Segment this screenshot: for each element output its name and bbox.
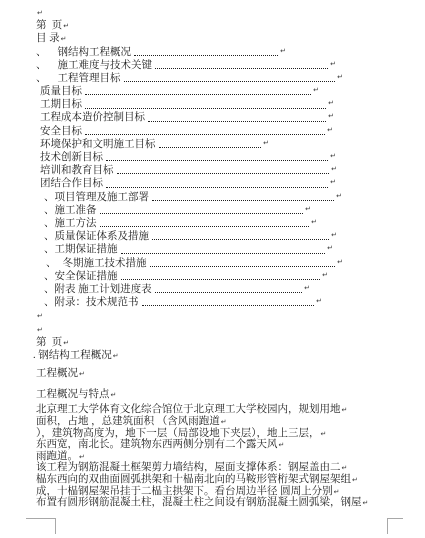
toc-entry[interactable]: 质量目标↵ [36,85,319,98]
toc-entry-label: 附表 施工计划进度表 [55,283,152,296]
toc-dot-leader [85,108,326,109]
toc-dot-leader [148,121,326,122]
body-line: ），建筑物高度为，地下一层（局部设地下夹层），地上三层，↵ [36,428,405,440]
toc-dot-leader [100,213,304,214]
toc-dot-leader [152,200,334,201]
paragraph-mark-icon: ↵ [263,137,269,150]
toc-dot-leader [152,239,329,240]
toc-entry-label: 质量目标 [40,85,82,98]
toc-entry[interactable]: 、质量保证体系及措施↵ [36,230,337,243]
toc-entry-label: 工期保证措施 [55,243,118,256]
chapter-title: . 钢结构工程概况 [33,350,112,361]
paragraph-mark-icon: ↵ [322,269,328,282]
body-line: 东西宽，南北长。建筑物东西两侧分别有二个露天风↵ [36,439,405,451]
body-paragraph: 北京理工大学体育文化综合馆位于北京理工大学校园内，规划用地↵ 面积，占地 ，总建… [36,404,405,508]
paragraph-mark-icon: ↵ [363,499,369,507]
paragraph-mark-icon: ↵ [79,453,85,461]
paragraph-mark-icon: ↵ [113,352,119,360]
section-subheading-line: 工程概况与特点↵ [36,388,405,401]
toc-entry-label: 质量保证体系及措施 [55,230,150,243]
toc-entry[interactable]: 、工期保证措施↵ [36,243,333,256]
body-line: 面积，占地 ，总建筑面积 （含风雨跑道↵ [36,416,405,428]
toc-entry-label: 项目管理及施工部署 [55,191,150,204]
section-subheading: 工程概况与特点 [36,389,110,400]
toc-entry-label: 工期目标 [40,98,82,111]
body-line-text: 北京理工大学体育文化综合馆位于北京理工大学校园内，规划用地 [36,404,341,415]
paragraph-mark-icon: ↵ [337,256,343,269]
toc-entry[interactable]: 技术创新目标↵ [36,151,336,164]
body-line-text: 该工程为钢筋混凝土框架剪力墙结构，屋面支撑体系：钢屋盖由二 [36,462,341,473]
paragraph-mark-icon: ↵ [221,418,227,426]
body-line-text: 榀东西向的双曲面圆弧拱架和十榀南北向的马鞍形管桁架式钢屋架组 [36,474,351,485]
body-line: 雨跑道。↵ [36,451,405,463]
page-header-text: 第 页 [36,20,62,31]
toc-dot-leader [155,68,328,69]
toc-entry-label: 安全目标 [40,125,82,138]
body-line: 榀东西向的双曲面圆弧拱架和十榀南北向的马鞍形管桁架式钢屋架组↵ [36,474,405,486]
toc-entry[interactable]: 培训和教育目标↵ [36,164,337,177]
paragraph-mark-icon: ↵ [352,476,358,484]
paragraph-mark-icon: ↵ [63,22,69,30]
toc-entry[interactable]: 环境保护和文明施工目标↵ [36,138,269,151]
page-header-line: 第 页↵ [36,19,405,32]
toc-entry-label: 施工准备 [55,204,97,217]
toc-bullet: 、 [44,230,55,243]
toc-entry[interactable]: 安全目标↵ [36,125,333,138]
paragraph-mark-icon: ↵ [337,71,343,84]
paragraph-mark-icon: ↵ [313,84,319,97]
toc-entry-label: 团结合作目标 [40,177,103,190]
paragraph-mark-icon: ↵ [336,190,342,203]
toc-dot-leader [117,173,330,174]
toc-dot-leader [150,266,336,267]
toc-dot-leader [85,134,325,135]
toc-bullet: 、 [44,191,55,204]
body-line-text: ），建筑物高度为，地下一层（局部设地下夹层），地上三层， [36,428,320,439]
toc-dot-leader [121,253,326,254]
paragraph-mark-icon: ↵ [63,339,69,347]
margin-crop-mark-left [26,518,56,534]
chapter-title-line: . 钢结构工程概况↵ [33,349,405,362]
toc-entry[interactable]: 工程成本造价控制目标↵ [36,112,334,125]
toc-entry[interactable]: 、施工准备↵ [36,204,311,217]
toc-bullet: 、 [44,296,55,309]
body-line: 布置有圆形钢筋混凝土柱，混凝土柱之间设有钢筋混凝土圆弧梁，钢屋↵ [36,497,405,509]
toc-entry-label: 环境保护和文明施工目标 [40,138,156,151]
toc-entry-label: 附录：技术规范书 [55,296,139,309]
toc-dot-leader [106,187,328,188]
body-line-text: 面积，占地 ，总建筑面积 （含风雨跑道 [36,416,220,427]
toc-entry[interactable]: 、施工难度与技术关键↵ [36,59,336,72]
paragraph-mark-icon: ↵ [37,324,43,337]
toc-bullet: 、 [44,204,55,217]
paragraph-mark-icon: ↵ [321,430,327,438]
empty-paragraph: ↵ [36,6,405,19]
body-line-text: 布置有圆形钢筋混凝土柱，混凝土柱之间设有钢筋混凝土圆弧梁，钢屋 [36,497,362,508]
paragraph-mark-icon: ↵ [327,124,333,137]
toc-dot-leader [134,55,278,56]
toc-dot-leader [106,160,328,161]
body-line: 北京理工大学体育文化综合馆位于北京理工大学校园内，规划用地↵ [36,404,405,416]
paragraph-mark-icon: ↵ [328,110,334,123]
toc-entry-label: 钢结构工程概况 [58,46,132,59]
paragraph-mark-icon: ↵ [342,406,348,414]
body-line-text: 东西宽，南北长。建筑物东西两侧分别有二个露天风 [36,439,278,450]
toc-dot-leader [124,81,336,82]
paragraph-mark-icon: ↵ [331,229,337,242]
toc-entry-label: 工程管理目标 [58,72,121,85]
toc-entry[interactable]: 、工程管理目标↵ [36,72,343,85]
body-line-text: 雨跑道。 [36,451,78,462]
toc-entry[interactable]: 、施工方法↵ [36,217,317,230]
toc-entry-label: 工程成本造价控制目标 [40,111,145,124]
empty-paragraph: ↵ [36,309,405,322]
toc-title-line: 目 录↵ [36,32,405,45]
toc-dot-leader [85,94,311,95]
margin-crop-mark-right [387,518,403,534]
empty-paragraph: ↵ [36,323,405,336]
paragraph-mark-icon: ↵ [61,35,67,43]
toc-entry[interactable]: 、项目管理及施工部署↵ [36,191,342,204]
toc-bullet: 、 [46,257,57,270]
toc-dot-leader [142,305,315,306]
toc-bullet: 、 [44,270,55,283]
toc-entry[interactable]: 、附录：技术规范书↵ [36,296,322,309]
paragraph-mark-icon: ↵ [311,216,317,229]
paragraph-mark-icon: ↵ [342,464,348,472]
toc-dot-leader [100,226,310,227]
paragraph-mark-icon: ↵ [111,391,117,399]
section-heading: 工程概况 [36,368,78,379]
toc-title: 目 录 [36,33,60,44]
paragraph-mark-icon: ↵ [280,45,286,58]
document-page[interactable]: ↵ 第 页↵ 目 录↵ 、钢结构工程概况↵ 、施工难度与技术关键↵ 、工程管理目… [0,0,425,538]
toc-bullet: 、 [36,59,47,72]
paragraph-mark-icon: ↵ [316,295,322,308]
page-header-text: 第 页 [36,337,62,348]
paragraph-mark-icon: ↵ [304,282,310,295]
paragraph-mark-icon: ↵ [330,150,336,163]
paragraph-mark-icon: ↵ [330,176,336,189]
toc-bullet: 、 [44,283,55,296]
toc-entry[interactable]: 工期目标↵ [36,98,334,111]
paragraph-mark-icon: ↵ [328,97,334,110]
toc-dot-leader [155,292,303,293]
toc-entry[interactable]: 、钢结构工程概况↵ [36,46,286,59]
toc-entry[interactable]: 团结合作目标↵ [36,177,336,190]
toc-bullet: 、 [36,72,47,85]
paragraph-mark-icon: ↵ [331,163,337,176]
paragraph-mark-icon: ↵ [330,58,336,71]
body-line: 成，十榀钢屋架吊挂于二榀主拱架下。看台周边半径 圆周上分别↵ [36,486,405,498]
toc-entry-label: 施工难度与技术关键 [58,59,153,72]
paragraph-mark-icon: ↵ [305,203,311,216]
toc-dot-leader [121,279,321,280]
body-line: 该工程为钢筋混凝土框架剪力墙结构，屋面支撑体系：钢屋盖由二↵ [36,462,405,474]
toc-bullet: 、 [44,243,55,256]
paragraph-mark-icon: ↵ [334,488,340,496]
toc-entry-label: 施工方法 [55,217,97,230]
toc-entry[interactable]: 、附表 施工计划进度表↵ [36,283,310,296]
paragraph-mark-icon: ↵ [37,310,43,323]
page-header-line: 第 页↵ [36,336,405,349]
body-line-text: 成，十榀钢屋架吊挂于二榀主拱架下。看台周边半径 圆周上分别 [36,486,333,497]
toc-entry-label: 安全保证措施 [55,270,118,283]
toc-entry[interactable]: 、冬期施工技术措施↵ [36,257,343,270]
toc-entry-label: 技术创新目标 [40,151,103,164]
toc-bullet: 、 [36,46,47,59]
toc-entry-label: 冬期施工技术措施 [63,257,147,270]
paragraph-mark-icon: ↵ [79,370,85,378]
toc-bullet: 、 [44,217,55,230]
toc-entry-label: 培训和教育目标 [40,164,114,177]
toc-dot-leader [159,147,262,148]
section-heading-line: 工程概况↵ [36,367,405,380]
paragraph-mark-icon: ↵ [327,242,333,255]
toc-entry[interactable]: 、安全保证措施↵ [36,270,328,283]
paragraph-mark-icon: ↵ [279,441,285,449]
